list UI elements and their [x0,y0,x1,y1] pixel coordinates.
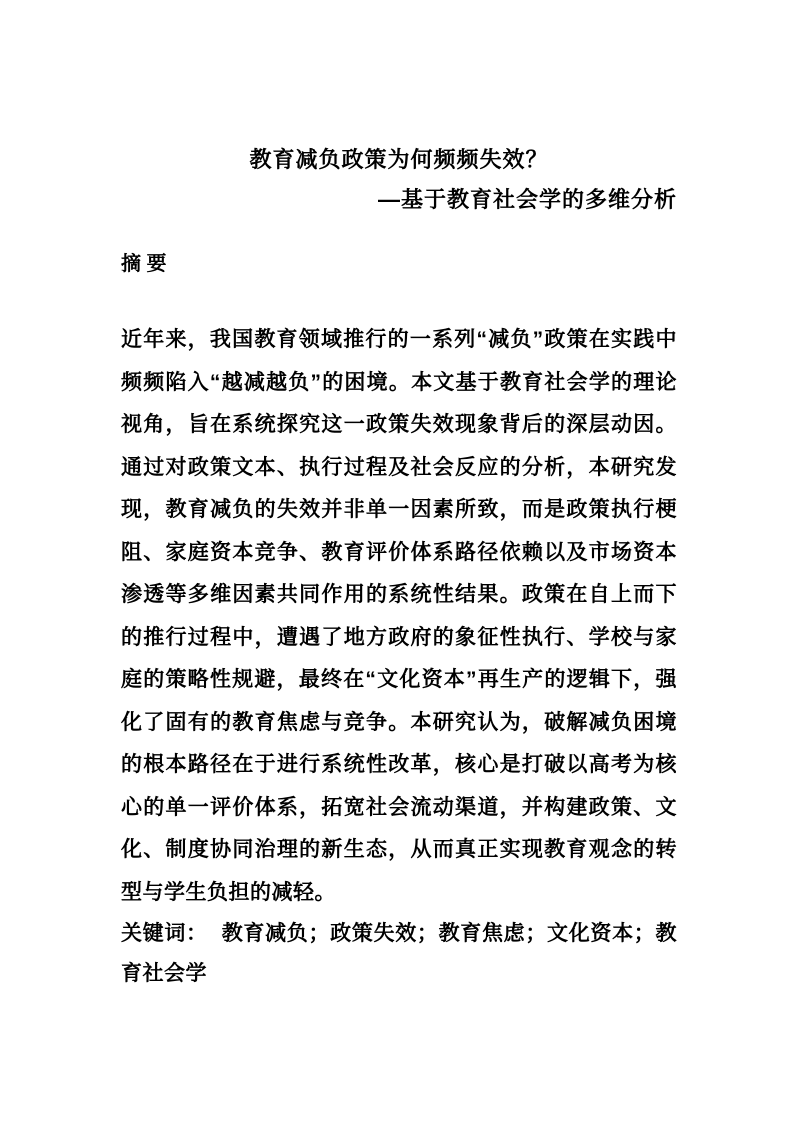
document-page: 教育减负政策为何频频失效？ —基于教育社会学的多维分析 摘 要 近年来，我国教育… [0,0,793,1122]
keywords-label: 关键词： [121,922,208,945]
keywords-line: 关键词：教育减负；政策失效；教育焦虑；文化资本；教育社会学 [121,914,677,994]
abstract-text: 近年来，我国教育领域推行的一系列“减负”政策在实践中频频陷入“越减越负”的困境。… [121,319,677,914]
abstract-heading: 摘 要 [121,244,677,284]
document-title: 教育减负政策为何频频失效？ [121,140,677,180]
document-subtitle: —基于教育社会学的多维分析 [121,180,677,220]
